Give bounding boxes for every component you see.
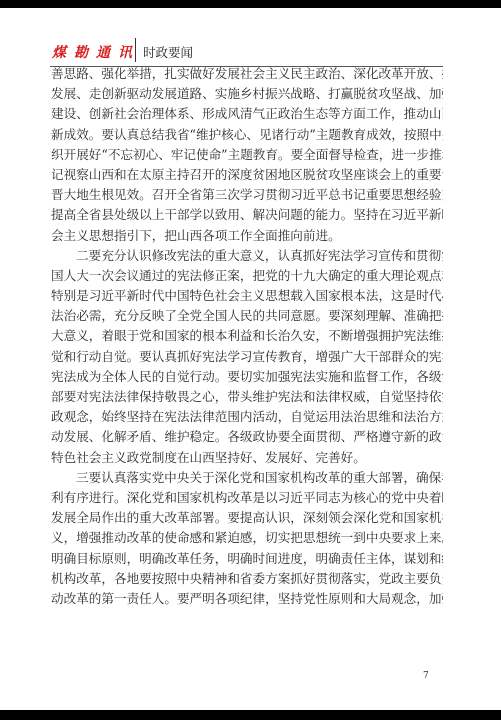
text-line: 觉和行动自觉。要认真抓好宪法学习宣传教育，增强广大干部群众的宪法意识，使遵守 xyxy=(51,347,443,367)
text-line: 建设、创新社会治理体系、形成风清气正政治生态等方面工作，推动山西各项事业取得 xyxy=(51,104,443,124)
text-line: 提高全省县处级以上干部学以致用、解决问题的能力。坚持在习近平新时代中国特色社 xyxy=(51,205,443,225)
text-line: 动改革的第一责任人。要严明各项纪律，坚持党性原则和大局观念，加强监督和执纪问 xyxy=(51,589,443,609)
text-line: 国人大一次会议通过的宪法修正案，把党的十九大确定的重大理论观点和重大方针政策 xyxy=(51,266,443,286)
text-line: 新成效。要认真总结我省“维护核心、见诸行动”主题教育成效，按照中央统一部署组 xyxy=(51,125,443,145)
document-page: 煤勘通讯 时政要闻 善思路、强化举措，扎实做好发展社会主义民主政治、深化改革开放… xyxy=(0,8,501,710)
text-line: 发展全局作出的重大改革部署。要提高认识，深刻领会深化党和国家机构改革的重大意 xyxy=(51,508,443,528)
text-line: 会主义思想指引下，把山西各项工作全面推向前进。 xyxy=(51,226,443,246)
text-line: 法治必需，充分反映了全党全国人民的共同意愿。要深刻理解、准确把握宪法修改的重 xyxy=(51,306,443,326)
text-line: 二要充分认识修改宪法的重大意义，认真抓好宪法学习宣传和贯彻实施。十三届全 xyxy=(51,246,443,266)
text-line: 动发展、化解矛盾、维护稳定。各级政协要全面贯彻、严格遵守新的政协章程，把中国 xyxy=(51,427,443,447)
text-line: 机构改革，各地要按照中央精神和省委方案抓好贯彻落实，党政主要负责同志要当好推 xyxy=(51,569,443,589)
text-line: 利有序进行。深化党和国家机构改革是以习近平同志为核心的党中央着眼党和国家事业 xyxy=(51,488,443,508)
text-line: 明确目标原则，明确改革任务，明确时间进度，明确责任主体，谋划和组织实施好我省 xyxy=(51,549,443,569)
header-divider xyxy=(135,38,136,62)
text-line: 晋大地生根见效。召开全省第三次学习贯彻习近平总书记重要思想经验交流会，进一步 xyxy=(51,185,443,205)
text-line: 义，增强推动改革的使命感和紧迫感，切实把思想统一到中央要求上来。要加强领导， xyxy=(51,528,443,548)
text-line: 发展、走创新驱动发展道路、实施乡村振兴战略、打赢脱贫攻坚战、加强生态环境保护 xyxy=(51,84,443,104)
text-line: 部要对宪法法律保持敬畏之心，带头维护宪法和法律权威，自觉坚持依宪治国、依宪执 xyxy=(51,387,443,407)
text-line: 善思路、强化举措，扎实做好发展社会主义民主政治、深化改革开放、推动经济高质量 xyxy=(51,64,443,84)
article-body: 善思路、强化举措，扎实做好发展社会主义民主政治、深化改革开放、推动经济高质量发展… xyxy=(51,64,443,609)
page-header: 煤勘通讯 时政要闻 xyxy=(50,38,443,67)
text-line: 政观念，始终坚持在宪法法律范围内活动，自觉运用法治思维和法治方式深化改革、推 xyxy=(51,407,443,427)
text-line: 特色社会主义政党制度在山西坚持好、发展好、完善好。 xyxy=(51,448,443,468)
page-number: 7 xyxy=(423,671,429,681)
text-line: 三要认真落实党中央关于深化党和国家机构改革的重大部署，确保我省机构改革顺 xyxy=(51,468,443,488)
text-line: 织开展好“不忘初心、牢记使命”主题教育。要全面督导检查，进一步推动习近平总书 xyxy=(51,145,443,165)
text-line: 特别是习近平新时代中国特色社会主义思想载入国家根本法，这是时代必然、实践必要、 xyxy=(51,286,443,306)
publication-brand: 煤勘通讯 xyxy=(52,42,140,62)
text-line: 宪法成为全体人民的自觉行动。要切实加强宪法实施和监督工作，各级党组织和领导干 xyxy=(51,367,443,387)
text-line: 大意义，着眼于党和国家的根本利益和长治久安，不断增强拥护宪法维护宪法的思想自 xyxy=(51,326,443,346)
text-line: 记视察山西和在太原主持召开的深度贫困地区脱贫攻坚座谈会上的重要讲话精神，在三 xyxy=(51,165,443,185)
section-title: 时政要闻 xyxy=(143,43,193,61)
